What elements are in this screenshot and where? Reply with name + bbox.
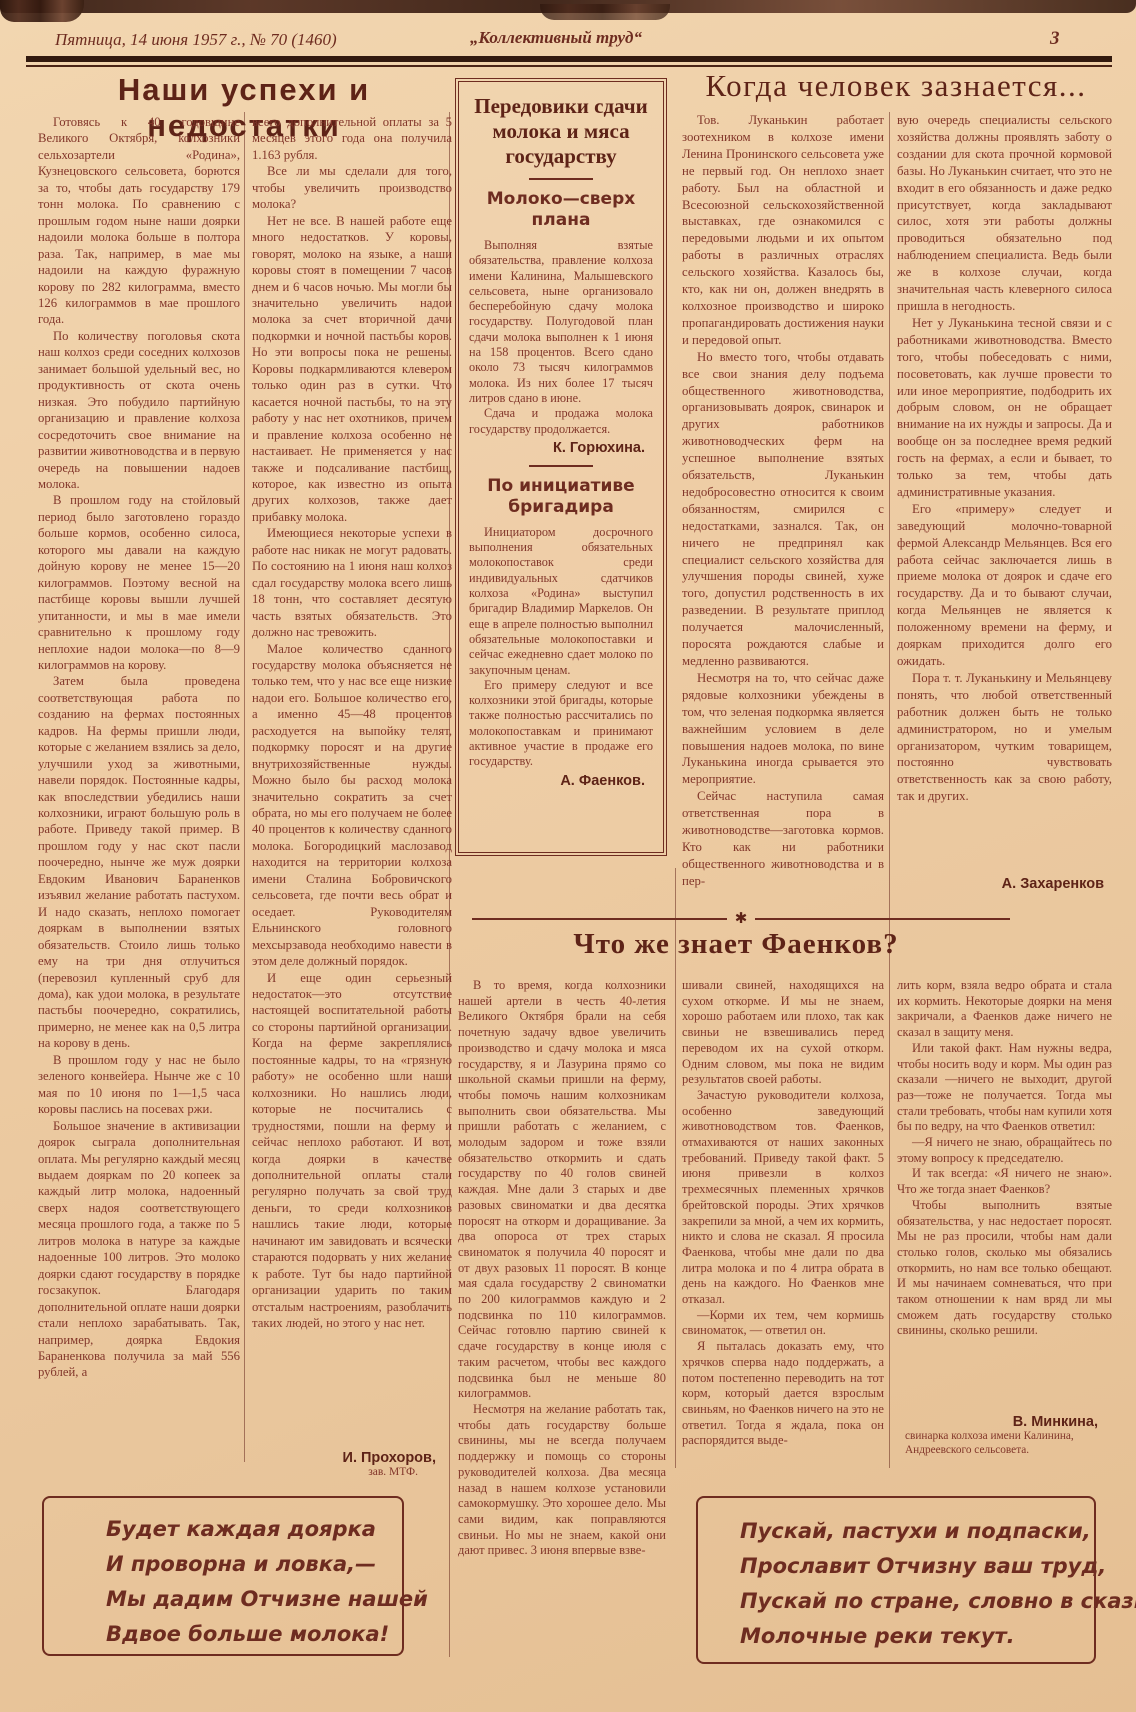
paragraph: Пора т. т. Луканькину и Мельянцеву понят… <box>897 670 1112 805</box>
poem-line: Пускай по стране, словно в сказке, <box>740 1584 1094 1619</box>
paragraph: Зачастую руководители колхоза, особенно … <box>682 1088 884 1308</box>
boxed-section2-subtitle: По инициативе бригадира <box>469 476 653 518</box>
paragraph: В прошлом году у нас не было зеленого ко… <box>38 1052 240 1118</box>
paragraph: Несмотря на то, что сейчас даже рядовые … <box>682 670 884 788</box>
article-left-signature-role: зав. МТФ. <box>252 1466 452 1478</box>
paragraph: Или такой факт. Нам нужны ведра, чтобы н… <box>897 1041 1112 1135</box>
column-rule <box>244 112 245 1462</box>
poem-box-left: Будет каждая дояркаИ проворна и ловка,—М… <box>42 1496 404 1656</box>
paragraph: Малое количество сданного государству мо… <box>252 641 452 970</box>
paragraph: Я пыталась доказать ему, что хрячков спе… <box>682 1339 884 1449</box>
article-right-headline: Когда человек зазнается... <box>680 68 1112 104</box>
poem-line: Пускай, пастухи и подпаски, <box>740 1514 1094 1549</box>
paragraph: В прошлом году на стойловый период было … <box>38 492 240 673</box>
paper-edge-smudge <box>540 4 670 20</box>
divider <box>529 178 593 180</box>
boxed-section1-text: Выполняя взятые обязательства, правление… <box>469 238 653 437</box>
paragraph: —Корми их тем, чем кормишь свиноматок, —… <box>682 1308 884 1339</box>
article-faenkov-signature: В. Минкина, <box>897 1414 1112 1430</box>
boxed-article: Передовики сдачи молока и мяса государст… <box>455 78 667 856</box>
paragraph: Но вместо того, чтобы отдавать все свои … <box>682 349 884 670</box>
paragraph: Его «примеру» следует и заведующий молоч… <box>897 501 1112 670</box>
section-divider: ✱ <box>472 914 1010 924</box>
paragraph: всего дополнительной оплаты за 5 месяцев… <box>252 114 452 163</box>
poem-line: И проворна и ловка,— <box>106 1547 402 1582</box>
article-left-column-2-text: всего дополнительной оплаты за 5 месяцев… <box>252 114 452 1446</box>
paragraph: Затем была проведена соответствующая раб… <box>38 673 240 1051</box>
article-faenkov-column-2: шивали свиней, находящихся на сухом отко… <box>682 978 884 1468</box>
paragraph: —Я ничего не знаю, обращайтесь по этому … <box>897 1135 1112 1166</box>
paragraph: шивали свиней, находящихся на сухом отко… <box>682 978 884 1088</box>
poem-line: Мы дадим Отчизне нашей <box>106 1582 402 1617</box>
article-right-column-2: вую очередь специалисты сельского хозяйс… <box>897 112 1112 912</box>
boxed-section2-signature: А. Фаенков. <box>469 773 653 789</box>
paragraph: По количеству поголовья скота наш колхоз… <box>38 328 240 493</box>
article-left-column-2: всего дополнительной оплаты за 5 месяцев… <box>252 114 452 1504</box>
poem-line: Вдвое больше молока! <box>106 1617 402 1652</box>
poem-line: Прославит Отчизну ваш труд, <box>740 1549 1094 1584</box>
poem-right-lines: Пускай, пастухи и подпаски,Прославит Отч… <box>740 1514 1094 1654</box>
paragraph: лить корм, взяла ведро обрата и стала их… <box>897 978 1112 1041</box>
article-left-signature: И. Прохоров, <box>252 1450 452 1466</box>
article-left-column-1: Готовясь к 40 годовщине Великого Октября… <box>38 114 240 1460</box>
paragraph: И еще один серьезный недостаток—это отсу… <box>252 970 452 1332</box>
boxed-section1-subtitle: Молоко—сверх плана <box>469 189 653 231</box>
boxed-section2-text: Инициатором досрочного выполнения обязат… <box>469 525 653 770</box>
divider <box>529 465 593 467</box>
paragraph: Тов. Луканькин работает зоотехником в ко… <box>682 112 884 349</box>
poem-box-right: Пускай, пастухи и подпаски,Прославит Отч… <box>696 1496 1096 1664</box>
paragraph: Нет у Луканькина тесной связи и с работн… <box>897 315 1112 501</box>
paragraph: Готовясь к 40 годовщине Великого Октября… <box>38 114 240 328</box>
article-faenkov-column-3: лить корм, взяла ведро обрата и стала их… <box>897 978 1112 1488</box>
paragraph: Нет не все. В нашей работе еще много нед… <box>252 213 452 526</box>
article-faenkov-headline: Что же знает Фаенков? <box>462 928 1010 961</box>
article-right-signature: А. Захаренков <box>897 876 1112 892</box>
newspaper-page: { "page": {"paper_color": "#eecda5", "in… <box>0 0 1136 1712</box>
issue-date: Пятница, 14 июня 1957 г., № 70 (1460) <box>55 30 337 50</box>
header-rule-thin <box>26 65 1112 67</box>
paper-corner-smudge <box>0 0 84 22</box>
paragraph: Инициатором досрочного выполнения обязат… <box>469 525 653 678</box>
article-faenkov-column-3-text: лить корм, взяла ведро обрата и стала их… <box>897 978 1112 1430</box>
article-faenkov-column-1: В то время, когда колхозники нашей артел… <box>458 978 666 1654</box>
page-number: 3 <box>1050 28 1060 50</box>
article-right-column-1: Тов. Луканькин работает зоотехником в ко… <box>682 112 884 908</box>
poem-line: Будет каждая доярка <box>106 1512 402 1547</box>
boxed-section1-signature: К. Горюхина. <box>469 440 653 456</box>
boxed-article-title: Передовики сдачи молока и мяса государст… <box>471 94 651 169</box>
divider-line <box>472 918 727 920</box>
paragraph: Несмотря на желание работать так, чтобы … <box>458 1402 666 1559</box>
paragraph: вую очередь специалисты сельского хозяйс… <box>897 112 1112 315</box>
masthead: „Коллективный труд“ <box>470 28 642 48</box>
column-rule <box>889 112 890 1468</box>
paragraph: В то время, когда колхозники нашей артел… <box>458 978 666 1402</box>
paragraph: Чтобы выполнить взятые обязательства, у … <box>897 1198 1112 1339</box>
header-rule-thick <box>26 56 1112 62</box>
poem-line: Молочные реки текут. <box>740 1619 1094 1654</box>
paragraph: Выполняя взятые обязательства, правление… <box>469 238 653 406</box>
paragraph: Сдача и продажа молока государству продо… <box>469 406 653 437</box>
star-ornament: ✱ <box>727 914 756 924</box>
article-faenkov-signature-role: свинарка колхоза имени Калинина, Андреев… <box>897 1430 1112 1457</box>
paragraph: Большое значение в активизации доярок сы… <box>38 1118 240 1381</box>
article-right-column-2-text: вую очередь специалисты сельского хозяйс… <box>897 112 1112 874</box>
paragraph: Имеющиеся некоторые успехи в работе нас … <box>252 525 452 640</box>
paragraph: Его примеру следуют и все колхозники это… <box>469 678 653 770</box>
divider-line <box>755 918 1010 920</box>
paragraph: Сейчас наступила самая ответственная пор… <box>682 788 884 889</box>
paragraph: И так всегда: «Я ничего не знаю». Что же… <box>897 1166 1112 1197</box>
paragraph: Все ли мы сделали для того, чтобы увелич… <box>252 163 452 212</box>
poem-left-lines: Будет каждая дояркаИ проворна и ловка,—М… <box>106 1512 402 1652</box>
